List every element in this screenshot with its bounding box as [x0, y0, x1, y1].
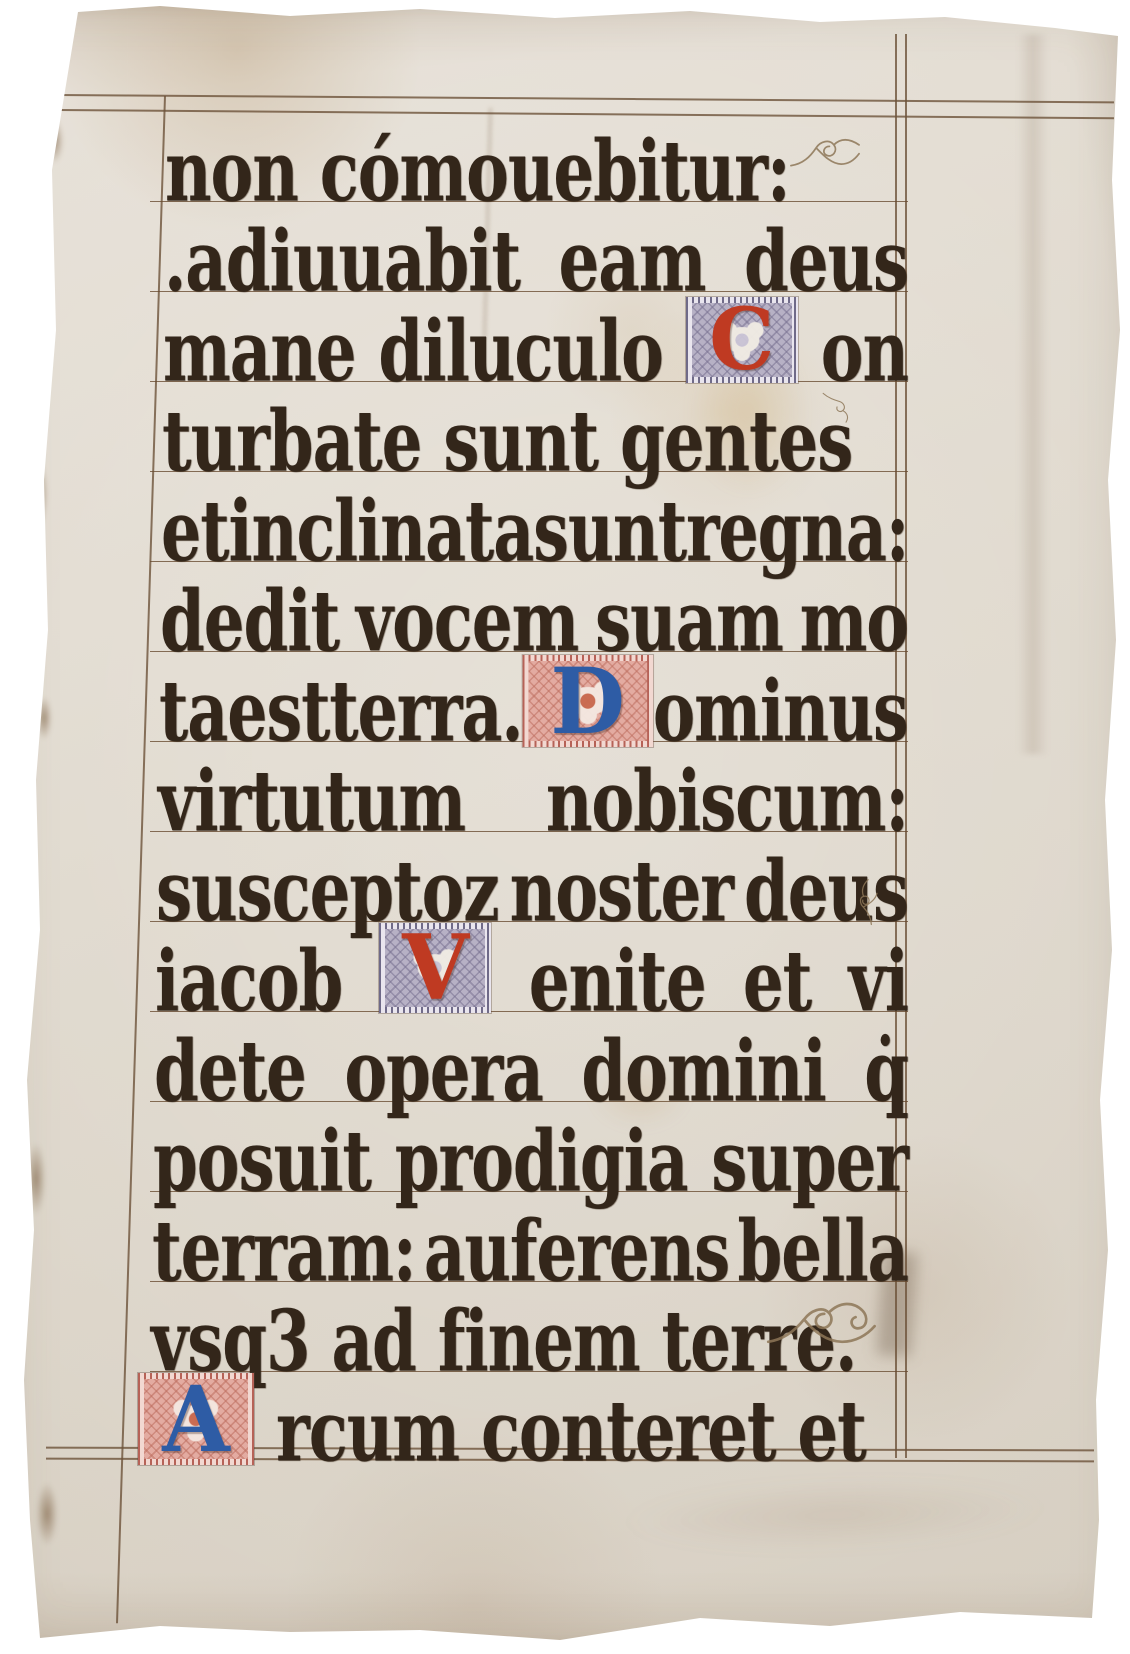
- manuscript-line: etinclinatasuntregna:: [150, 472, 908, 562]
- word: rcum: [276, 1390, 459, 1474]
- illuminated-initial-C: C: [686, 297, 798, 383]
- text-block: noncómouebitur:.adiuuabiteamdeusmanedilu…: [150, 112, 908, 1461]
- page-background: noncómouebitur:.adiuuabiteamdeusmanedilu…: [0, 0, 1130, 1654]
- edge-stain: [36, 1482, 58, 1546]
- illuminated-initial-D: D: [522, 655, 652, 747]
- illuminated-initial-A: A: [138, 1373, 254, 1465]
- word: et: [797, 1390, 865, 1474]
- manuscript-line: terram:auferensbella: [150, 1192, 908, 1282]
- manuscript-line: deteoperadominiq̇: [150, 1012, 908, 1102]
- ruling-line: [58, 94, 1114, 103]
- edge-stain: [26, 1142, 46, 1216]
- manuscript-line: posuitprodigiasuper: [150, 1102, 908, 1192]
- parchment-crease: [619, 1473, 1051, 1558]
- pen-flourish-icon: [766, 1294, 878, 1356]
- manuscript-line: turbatesuntgentes: [150, 382, 908, 472]
- manuscript-line: Arcumconteretet: [150, 1372, 908, 1461]
- manuscript-line: virtutumnobiscum:: [150, 742, 908, 832]
- edge-stain: [30, 462, 48, 526]
- initial-letter: V: [379, 921, 491, 1015]
- manuscript-line: susceptoznosterdeus: [150, 832, 908, 922]
- initial-letter: D: [522, 653, 652, 749]
- manuscript-line: taestterra.Dominus: [150, 652, 908, 742]
- manuscript-line: .adiuuabiteamdeus: [150, 202, 908, 292]
- edge-stain: [36, 696, 52, 740]
- word: conteret: [481, 1390, 775, 1474]
- manuscript-leaf: noncómouebitur:.adiuuabiteamdeusmanedilu…: [0, 0, 1130, 1654]
- initial-letter: C: [686, 295, 798, 384]
- pen-flourish-icon: [788, 124, 862, 182]
- initial-letter: A: [138, 1371, 254, 1467]
- parchment-crease: [1018, 34, 1048, 754]
- edge-stain: [44, 118, 64, 164]
- manuscript-line: iacobVeniteetvi: [150, 922, 908, 1012]
- manuscript-line: manediluculoCon: [150, 292, 908, 382]
- illuminated-initial-V: V: [379, 923, 491, 1013]
- manuscript-line: deditvocemsuammo: [150, 562, 908, 652]
